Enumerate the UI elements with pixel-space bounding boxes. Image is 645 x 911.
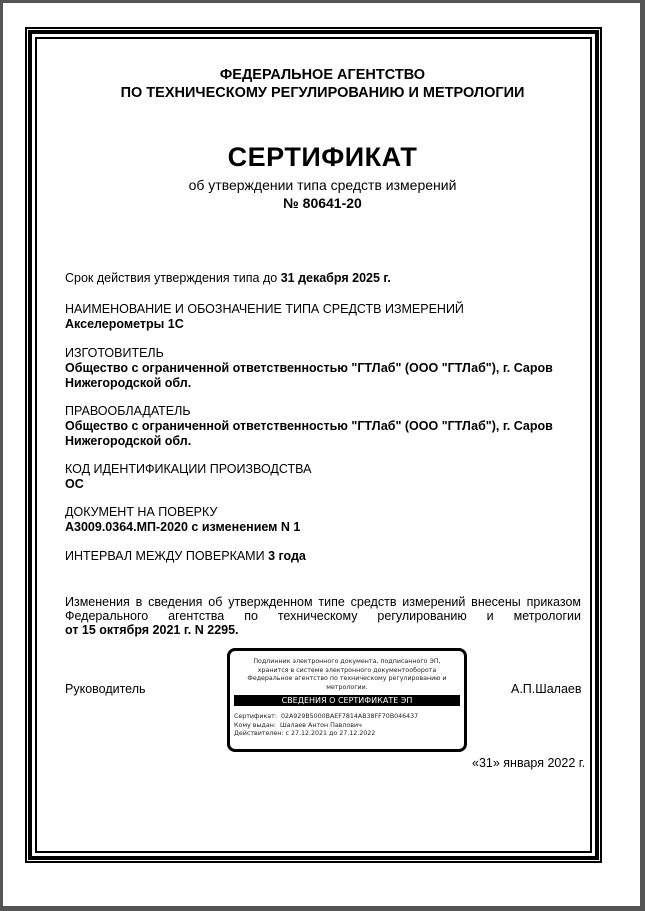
issue-date: «31» января 2022 г. (472, 756, 585, 770)
ep-stamp-header: СВЕДЕНИЯ О СЕРТИФИКАТЕ ЭП (234, 695, 460, 706)
ep-stamp-note: Подлинник электронного документа, подпис… (238, 658, 456, 692)
field-name-type: НАИМЕНОВАНИЕ И ОБОЗНАЧЕНИЕ ТИПА СРЕДСТВ … (65, 302, 585, 332)
validity-label: Срок действия утверждения типа до (65, 271, 281, 285)
validity-line: Срок действия утверждения типа до 31 дек… (65, 271, 585, 286)
field-value: 3 года (268, 549, 306, 563)
agency-name: ФЕДЕРАЛЬНОЕ АГЕНТСТВО ПО ТЕХНИЧЕСКОМУ РЕ… (0, 66, 645, 102)
agency-line-1: ФЕДЕРАЛЬНОЕ АГЕНТСТВО (0, 66, 645, 84)
ep-certificate-value: 02A929B5000BAEF7814AB38FF70B046437 (281, 713, 418, 720)
field-value: Общество с ограниченной ответственностью… (65, 419, 585, 434)
field-production-code: КОД ИДЕНТИФИКАЦИИ ПРОИЗВОДСТВА ОС (65, 462, 585, 492)
agency-line-2: ПО ТЕХНИЧЕСКОМУ РЕГУЛИРОВАНИЮ И МЕТРОЛОГ… (0, 84, 645, 102)
changes-order-ref: от 15 октября 2021 г. N 2295. (65, 623, 581, 637)
field-interval: ИНТЕРВАЛ МЕЖДУ ПОВЕРКАМИ 3 года (65, 549, 585, 564)
field-value: А3009.0364.МП-2020 с изменением N 1 (65, 520, 585, 535)
validity-date: 31 декабря 2025 г. (281, 271, 391, 285)
field-value: Нижегородской обл. (65, 434, 585, 449)
field-value: Общество с ограниченной ответственностью… (65, 361, 585, 376)
ep-certificate-label: Сертификат: (234, 713, 277, 720)
field-value: ОС (65, 477, 585, 492)
certificate-title: СЕРТИФИКАТ (0, 142, 645, 173)
ep-issued-label: Кому выдан: (234, 722, 276, 729)
changes-line-1: Изменения в сведения об утвержденном тип… (65, 595, 581, 609)
ep-issued-value: Шалаев Антон Павлович (280, 722, 362, 729)
field-label: ИЗГОТОВИТЕЛЬ (65, 346, 585, 361)
field-label: НАИМЕНОВАНИЕ И ОБОЗНАЧЕНИЕ ТИПА СРЕДСТВ … (65, 302, 585, 317)
ep-valid-row: Действителен: с 27.12.2021 до 27.12.2022 (234, 730, 464, 739)
ep-issued-row: Кому выдан: Шалаев Антон Павлович (234, 722, 464, 731)
ep-certificate-row: Сертификат: 02A929B5000BAEF7814AB38FF70B… (234, 713, 464, 722)
ep-note-line: хранится в системе электронного документ… (238, 667, 456, 676)
ep-valid-value: с 27.12.2021 до 27.12.2022 (286, 730, 376, 737)
field-value: Нижегородской обл. (65, 376, 585, 391)
ep-note-line: Федеральное агентство по техническому ре… (238, 675, 456, 684)
signatory-role: Руководитель (65, 682, 146, 696)
ep-valid-label: Действителен: (234, 730, 284, 737)
changes-line-2: Федерального агентства по техническому р… (65, 609, 581, 623)
signatory-name: А.П.Шалаев (511, 682, 582, 696)
ep-note-line: Подлинник электронного документа, подпис… (238, 658, 456, 667)
field-verification-doc: ДОКУМЕНТ НА ПОВЕРКУ А3009.0364.МП-2020 с… (65, 505, 585, 535)
ep-note-line: метрологии. (238, 684, 456, 693)
field-manufacturer: ИЗГОТОВИТЕЛЬ Общество с ограниченной отв… (65, 346, 585, 391)
field-rights-holder: ПРАВООБЛАДАТЕЛЬ Общество с ограниченной … (65, 404, 585, 449)
field-label: ДОКУМЕНТ НА ПОВЕРКУ (65, 505, 585, 520)
electronic-signature-stamp: Подлинник электронного документа, подпис… (227, 648, 467, 752)
ep-stamp-details: Сертификат: 02A929B5000BAEF7814AB38FF70B… (234, 713, 464, 739)
certificate-subtitle: об утверждении типа средств измерений (0, 177, 645, 193)
field-value: Акселерометры 1С (65, 317, 585, 332)
field-label: КОД ИДЕНТИФИКАЦИИ ПРОИЗВОДСТВА (65, 462, 585, 477)
certificate-number: № 80641-20 (0, 195, 645, 211)
changes-paragraph: Изменения в сведения об утвержденном тип… (65, 595, 581, 637)
field-label: ПРАВООБЛАДАТЕЛЬ (65, 404, 585, 419)
field-label: ИНТЕРВАЛ МЕЖДУ ПОВЕРКАМИ (65, 549, 268, 563)
